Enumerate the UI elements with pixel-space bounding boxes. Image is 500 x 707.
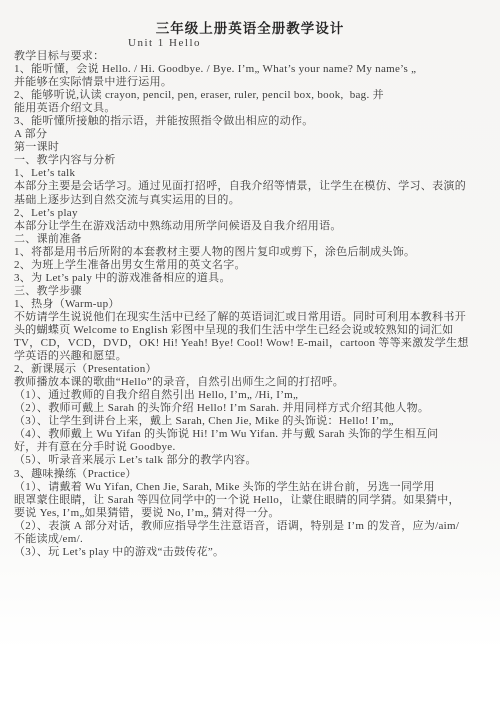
text-line: 1、Let’s talk bbox=[14, 167, 494, 180]
text-line: 一、教学内容与分析 bbox=[14, 154, 494, 167]
text-line: 2、新课展示（Presentation） bbox=[14, 363, 494, 376]
text-line: 3、能听懂所接触的指示语，并能按照指令做出相应的动作。 bbox=[14, 115, 494, 128]
text-line: 教学目标与要求： bbox=[14, 50, 494, 63]
text-line: 二、课前准备 bbox=[14, 233, 494, 246]
text-line: 学英语的兴趣和愿望。 bbox=[14, 350, 494, 363]
text-line: 1、热身（Warm-up） bbox=[14, 298, 494, 311]
text-line: 三、教学步骤 bbox=[14, 285, 494, 298]
text-line: 基础上逐步达到自然交流与真实运用的目的。 bbox=[14, 194, 494, 207]
text-line: 眼罩蒙住眼睛，让 Sarah 等四位同学中的一个说 Hello，让蒙住眼睛的同学… bbox=[14, 494, 494, 507]
text-line: （4）、教师戴上 Wu Yifan 的头饰说 Hi! I’m Wu Yifan.… bbox=[14, 428, 494, 441]
text-line: 要说 Yes, I’m„如果猜错，要说 No, I’m„ 猜对得一分。 bbox=[14, 507, 494, 520]
text-line: （2）、教师可戴上 Sarah 的头饰介绍 Hello! I’m Sarah. … bbox=[14, 402, 494, 415]
text-line: 2、为班上学生准备出男女生常用的英文名字。 bbox=[14, 259, 494, 272]
text-line: 1、能听懂，会说 Hello. / Hi. Goodbye. / Bye. I’… bbox=[14, 63, 494, 76]
text-line: （3）、让学生到讲台上来，戴上 Sarah, Chen Jie, Mike 的头… bbox=[14, 415, 494, 428]
text-line: 3、为 Let’s paly 中的游戏准备相应的道具。 bbox=[14, 272, 494, 285]
document-page: 三年级上册英语全册教学设计 Unit 1 Hello 教学目标与要求：1、能听懂… bbox=[0, 0, 500, 707]
unit-heading: Unit 1 Hello bbox=[128, 36, 500, 50]
text-line: 并能够在实际情景中进行运用。 bbox=[14, 76, 494, 89]
text-line: 能用英语介绍文具。 bbox=[14, 102, 494, 115]
text-line: 2、能够听说,认读 crayon, pencil, pen, eraser, r… bbox=[14, 89, 494, 102]
text-line: （2）、表演 A 部分对话，教师应指导学生注意语音，语调，特别是 I’m 的发音… bbox=[14, 520, 494, 533]
text-line: 1、将都是用书后所附的本套教材主要人物的图片复印或剪下，涂色后制成头饰。 bbox=[14, 246, 494, 259]
document-body: 教学目标与要求：1、能听懂，会说 Hello. / Hi. Goodbye. /… bbox=[14, 50, 494, 559]
text-line: 教师播放本课的歌曲“Hello”的录音，自然引出师生之间的打招呼。 bbox=[14, 376, 494, 389]
text-line: 本部分让学生在游戏活动中熟练动用所学问候语及自我介绍用语。 bbox=[14, 220, 494, 233]
text-line: （3）、玩 Let’s play 中的游戏“击鼓传花”。 bbox=[14, 546, 494, 559]
text-line: 不妨请学生说说他们在现实生活中已经了解的英语词汇或日常用语。同时可利用本教科书开 bbox=[14, 311, 494, 324]
text-line: 好，并有意在分手时说 Goodbye. bbox=[14, 441, 494, 454]
text-line: A 部分 bbox=[14, 128, 494, 141]
text-line: 3、趣味操练（Practice） bbox=[14, 468, 494, 481]
text-line: 第一课时 bbox=[14, 141, 494, 154]
text-line: 头的蝴蝶页 Welcome to English 彩图中呈现的我们生活中学生已经… bbox=[14, 324, 494, 337]
document-title: 三年级上册英语全册教学设计 bbox=[0, 0, 500, 36]
text-line: 本部分主要是会话学习。通过见面打招呼，自我介绍等情景，让学生在模仿、学习、表演的 bbox=[14, 180, 494, 193]
text-line: TV，CD，VCD，DVD，OK! Hi! Yeah! Bye! Cool! W… bbox=[14, 337, 494, 350]
text-line: （5）、听录音来展示 Let’s talk 部分的教学内容。 bbox=[14, 454, 494, 467]
text-line: （1）、通过教师的自我介绍自然引出 Hello, I’m„ /Hi, I’m„ bbox=[14, 389, 494, 402]
text-line: 不能读成/em/. bbox=[14, 533, 494, 546]
text-line: 2、Let’s play bbox=[14, 207, 494, 220]
text-line: （1）、请戴着 Wu Yifan, Chen Jie, Sarah, Mike … bbox=[14, 481, 494, 494]
